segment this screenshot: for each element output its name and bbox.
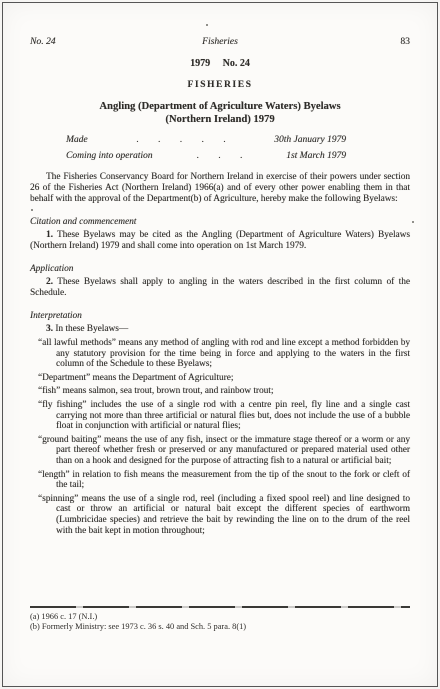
operation-label: Coming into operation	[66, 151, 153, 162]
footnote-a: (a) 1966 c. 17 (N.I.)	[30, 612, 410, 622]
numbered-paragraph: 1. These Byelaws may be cited as the Ang…	[30, 230, 410, 252]
instrument-no: No. 24	[223, 58, 250, 69]
document-title: Angling (Department of Agriculture Water…	[30, 101, 410, 126]
scan-speck	[412, 221, 414, 223]
footnote-block: (a) 1966 c. 17 (N.I.) (b) Formerly Minis…	[30, 606, 410, 632]
made-label: Made	[66, 135, 88, 146]
definition-all-lawful-methods: “all lawful methods” means any method of…	[30, 338, 410, 370]
definition-fly-fishing: “fly fishing” includes the use of a sing…	[30, 400, 410, 432]
definition-ground-baiting: “ground baiting” means the use of any fi…	[30, 435, 410, 467]
running-header: No. 24 Fisheries 83	[30, 36, 410, 47]
operation-date: 1st March 1979	[286, 151, 346, 162]
definition-department: “Department” means the Department of Agr…	[30, 373, 410, 384]
section-heading: Application	[30, 264, 410, 275]
definition-spinning: “spinning” means the use of a single rod…	[30, 494, 410, 536]
footnote-rule	[30, 606, 410, 608]
preamble-paragraph: The Fisheries Conservancy Board for Nort…	[30, 172, 410, 205]
numbered-paragraph: 3. In these Byelaws—	[30, 324, 410, 335]
document-page: No. 24 Fisheries 83 1979 No. 24 FISHERIE…	[0, 0, 440, 689]
paragraph-number: 1.	[46, 230, 53, 240]
paragraph-text: These Byelaws may be cited as the Anglin…	[30, 230, 410, 251]
instrument-number-line: 1979 No. 24	[30, 58, 410, 69]
scan-speck	[206, 24, 208, 26]
paragraph-text: These Byelaws shall apply to angling in …	[30, 277, 410, 298]
series-heading: FISHERIES	[30, 80, 410, 91]
paragraph-text: In these Byelaws—	[55, 324, 128, 334]
section-interpretation: Interpretation 3. In these Byelaws— “all…	[30, 311, 410, 536]
instrument-year: 1979	[190, 58, 210, 69]
definition-fish: “fish” means salmon, sea trout, brown tr…	[30, 386, 410, 397]
header-page-number: 83	[283, 36, 410, 47]
section-citation: Citation and commencement 1. These Byela…	[30, 217, 410, 252]
footnote-b: (b) Formerly Ministry: see 1973 c. 36 s.…	[30, 622, 410, 632]
header-running-title: Fisheries	[157, 36, 284, 47]
header-doc-number: No. 24	[30, 36, 157, 47]
made-date-row: Made . . . . . 30th January 1979	[66, 135, 346, 146]
page-content: No. 24 Fisheries 83 1979 No. 24 FISHERIE…	[30, 36, 410, 536]
dot-leader: . . . . .	[88, 135, 275, 146]
definition-length: “length” in relation to fish means the m…	[30, 470, 410, 491]
paragraph-number: 2.	[46, 277, 53, 287]
numbered-paragraph: 2. These Byelaws shall apply to angling …	[30, 277, 410, 299]
operation-date-row: Coming into operation . . . 1st March 19…	[66, 151, 346, 162]
section-heading: Interpretation	[30, 311, 410, 322]
section-application: Application 2. These Byelaws shall apply…	[30, 264, 410, 299]
title-line-2: (Northern Ireland) 1979	[30, 114, 410, 127]
section-heading: Citation and commencement	[30, 217, 410, 228]
dot-leader: . . .	[153, 151, 287, 162]
paragraph-number: 3.	[46, 324, 53, 334]
dates-block: Made . . . . . 30th January 1979 Coming …	[66, 135, 346, 162]
definitions-list: “all lawful methods” means any method of…	[30, 338, 410, 536]
made-date: 30th January 1979	[274, 135, 346, 146]
title-line-1: Angling (Department of Agriculture Water…	[30, 101, 410, 114]
